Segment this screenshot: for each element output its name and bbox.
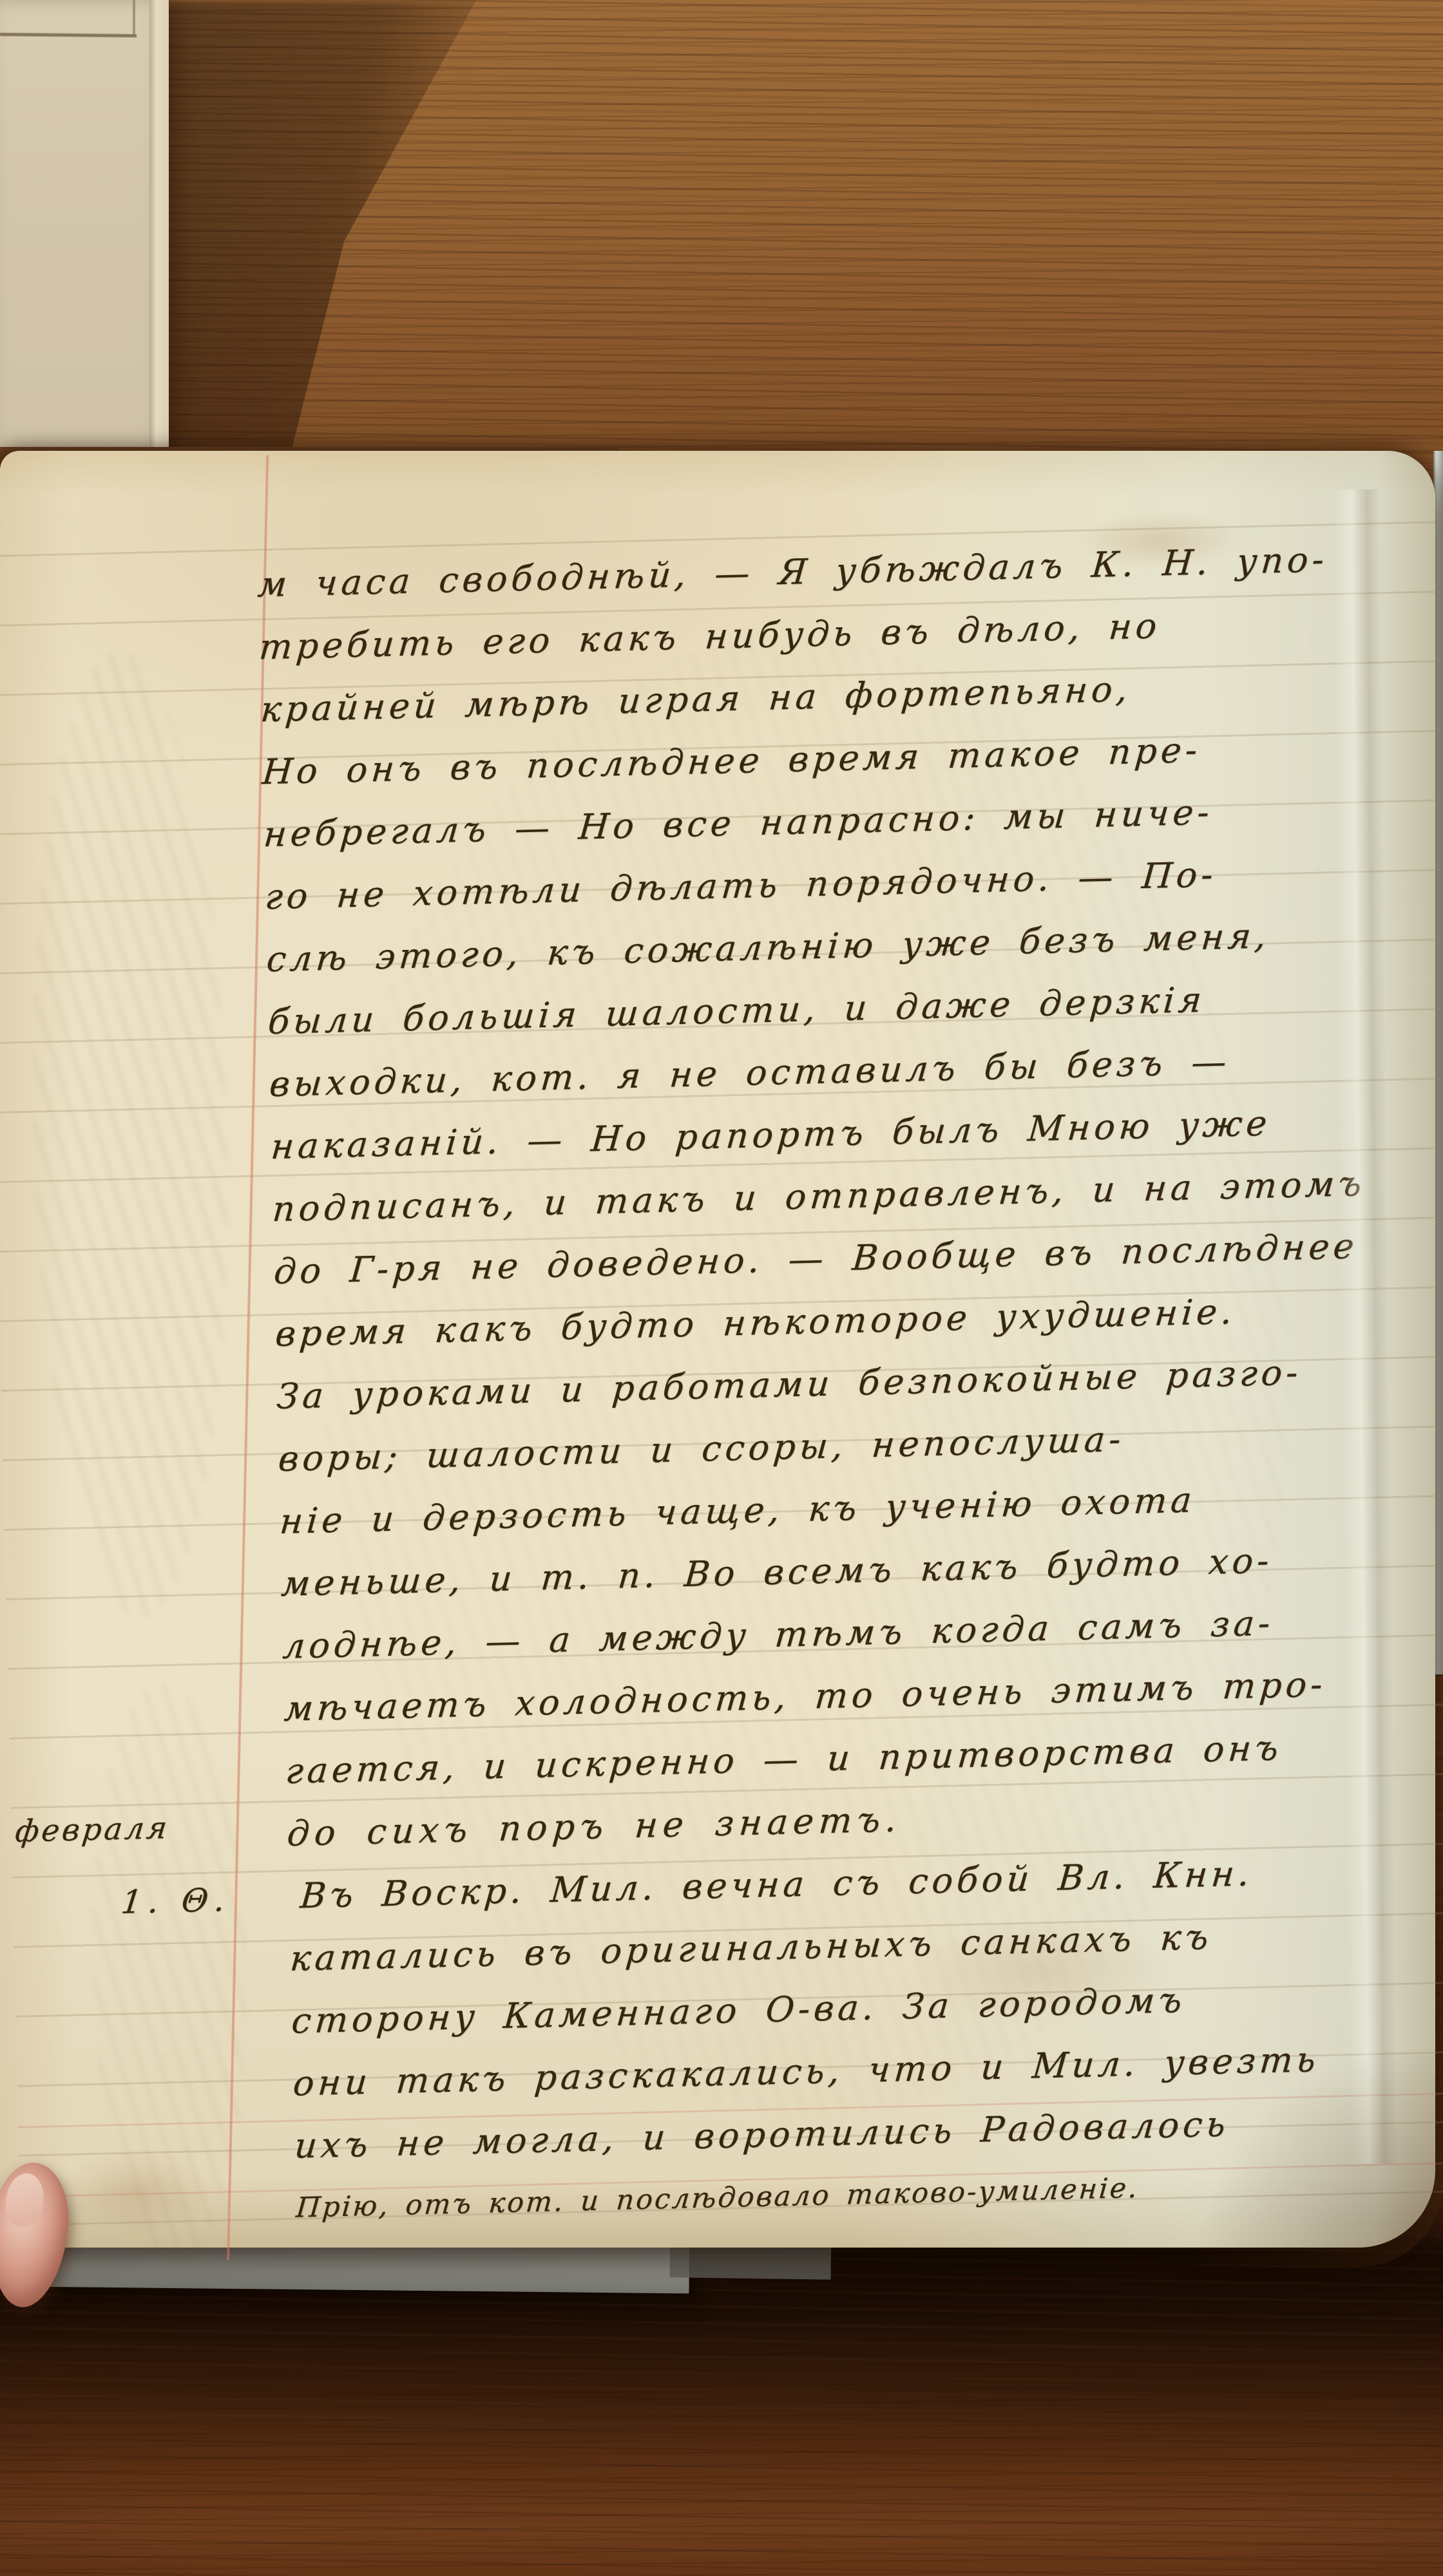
box-edge-highlight bbox=[149, 0, 169, 484]
handwriting-block: м часа свободнѣй, — Я убѣждалъ К. Н. упо… bbox=[257, 526, 1443, 2240]
cardboard-box bbox=[0, 0, 169, 484]
diary-page: февраля 1. Θ. м часа свободнѣй, — Я убѣж… bbox=[0, 451, 1435, 2248]
page-surface: февраля 1. Θ. м часа свободнѣй, — Я убѣж… bbox=[0, 426, 1443, 2265]
fingernail bbox=[3, 2171, 47, 2230]
margin-note-month: февраля bbox=[14, 1810, 171, 1850]
page-corner-shadow bbox=[1172, 2022, 1443, 2267]
margin-note-day: 1. Θ. bbox=[119, 1881, 233, 1921]
box-cast-shadow bbox=[155, 0, 567, 502]
photo-of-diary-on-table: февраля 1. Θ. м часа свободнѣй, — Я убѣж… bbox=[0, 0, 1443, 2576]
box-seam-corner bbox=[133, 0, 135, 36]
box-seam-line bbox=[0, 33, 137, 37]
